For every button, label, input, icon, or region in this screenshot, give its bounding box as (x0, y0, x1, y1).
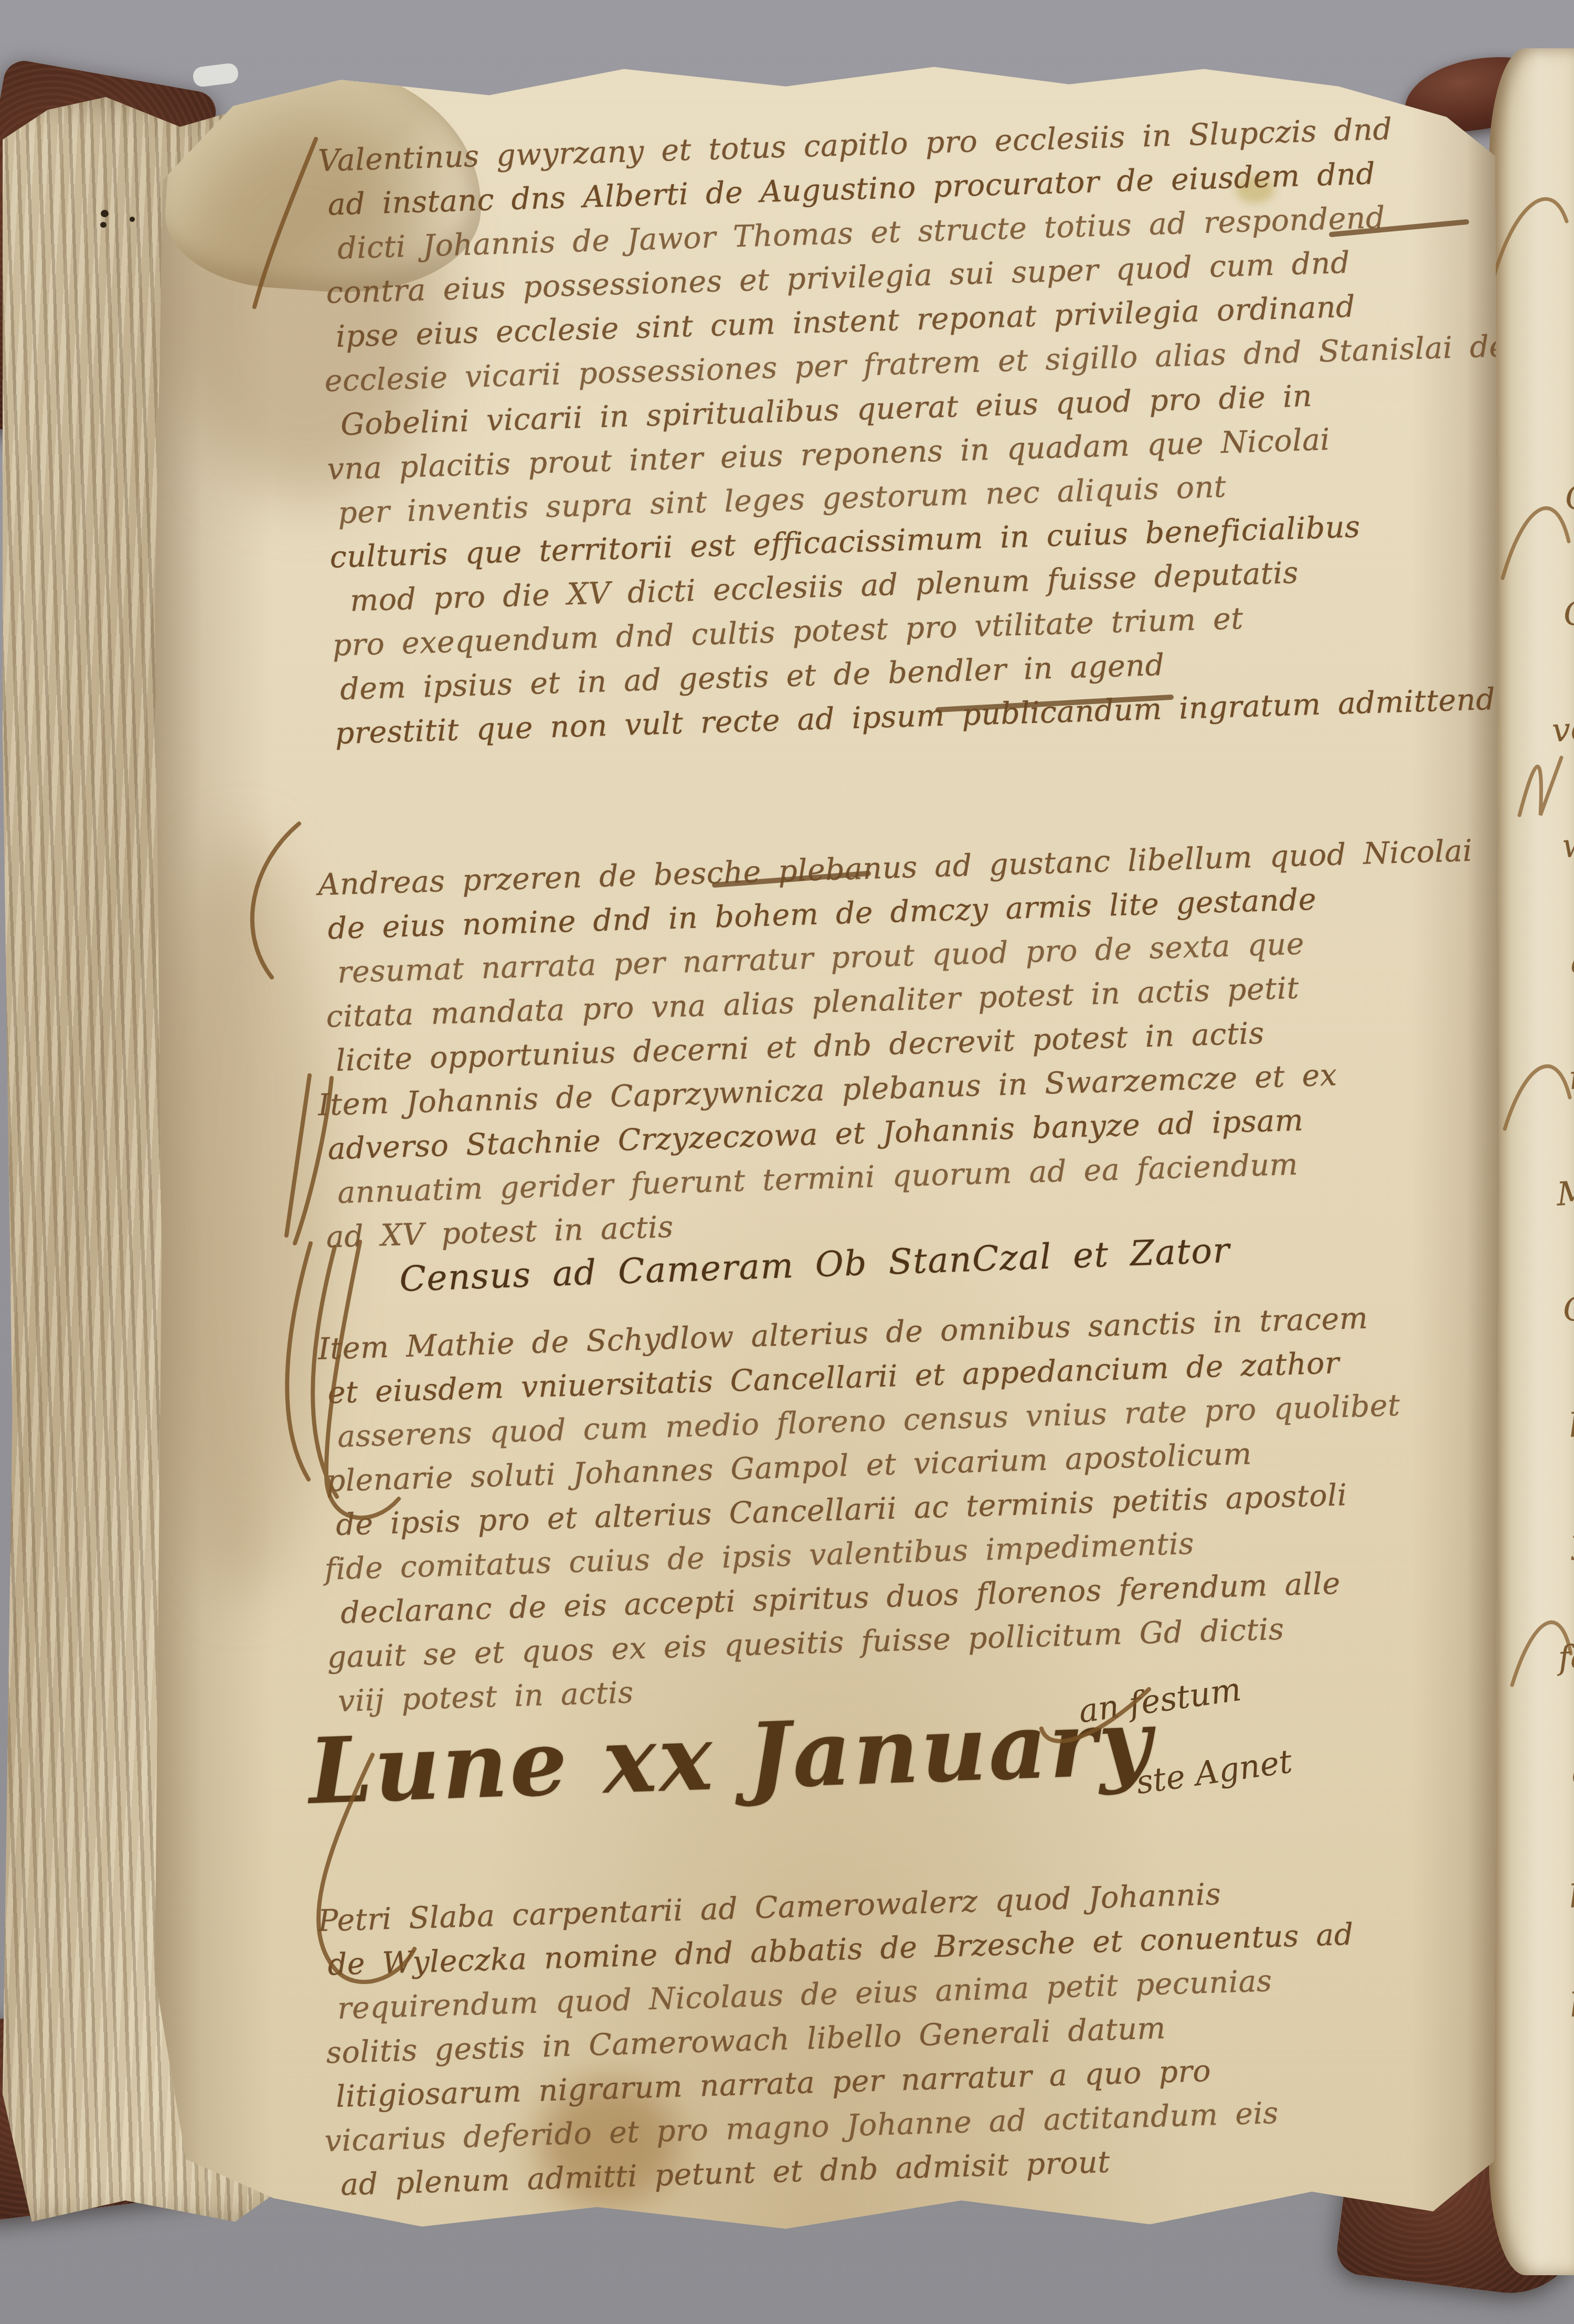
ink-spot (130, 217, 135, 222)
facing-text-fragment: k (1569, 1985, 1574, 2024)
facing-text-fragment: c (1570, 1753, 1574, 1793)
manuscript-page: Valentinus gwyrzany et totus capitlo pro… (152, 60, 1501, 2237)
facing-text-fragment: w (1561, 826, 1574, 866)
ink-spot (100, 222, 107, 228)
facing-text-fragments: CGvowanMOhyfacpk (1541, 478, 1574, 2024)
facing-text-fragment: p (1568, 1869, 1574, 1909)
facing-text-fragment: G (1563, 594, 1574, 633)
facing-text-fragment: M (1556, 1173, 1574, 1213)
entry-paragraph-5: Petri Slaba carpentarii ad Camerowalerz … (317, 1863, 1533, 2208)
facing-text-fragment: y (1570, 1521, 1574, 1561)
entry-paragraph-1: Valentinus gwyrzany et totus capitlo pro… (317, 103, 1542, 756)
facing-text-fragment: O (1562, 1289, 1574, 1329)
facing-text-fragment: vo (1551, 709, 1574, 750)
entry-paragraph-3: Item Johannis de Caprzywnicza plebanus i… (317, 1048, 1529, 1260)
facing-text-fragment: a (1569, 942, 1574, 981)
ink-spot (101, 210, 109, 217)
facing-text-fragment: C (1564, 478, 1574, 517)
facing-text-fragment: n (1568, 1058, 1574, 1097)
ink-layer: Valentinus gwyrzany et totus capitlo pro… (152, 60, 1501, 2237)
facing-page: CGvowanMOhyfacpk (1489, 48, 1574, 2275)
leaf-tip (192, 62, 239, 88)
manuscript-photograph: CGvowanMOhyfacpk Valentinus gwyrzany et … (0, 0, 1574, 2324)
facing-text-fragment: h (1568, 1405, 1574, 1445)
facing-text-fragment: fa (1557, 1637, 1574, 1677)
entry-paragraph-2: Andreas przeren de besche plebanus ad gu… (317, 827, 1530, 1083)
date-heading-annotation-bottom: ste Agnet (1134, 1742, 1294, 1801)
entry-paragraph-4: Item Mathie de Schydlow alterius de omni… (317, 1292, 1535, 1724)
